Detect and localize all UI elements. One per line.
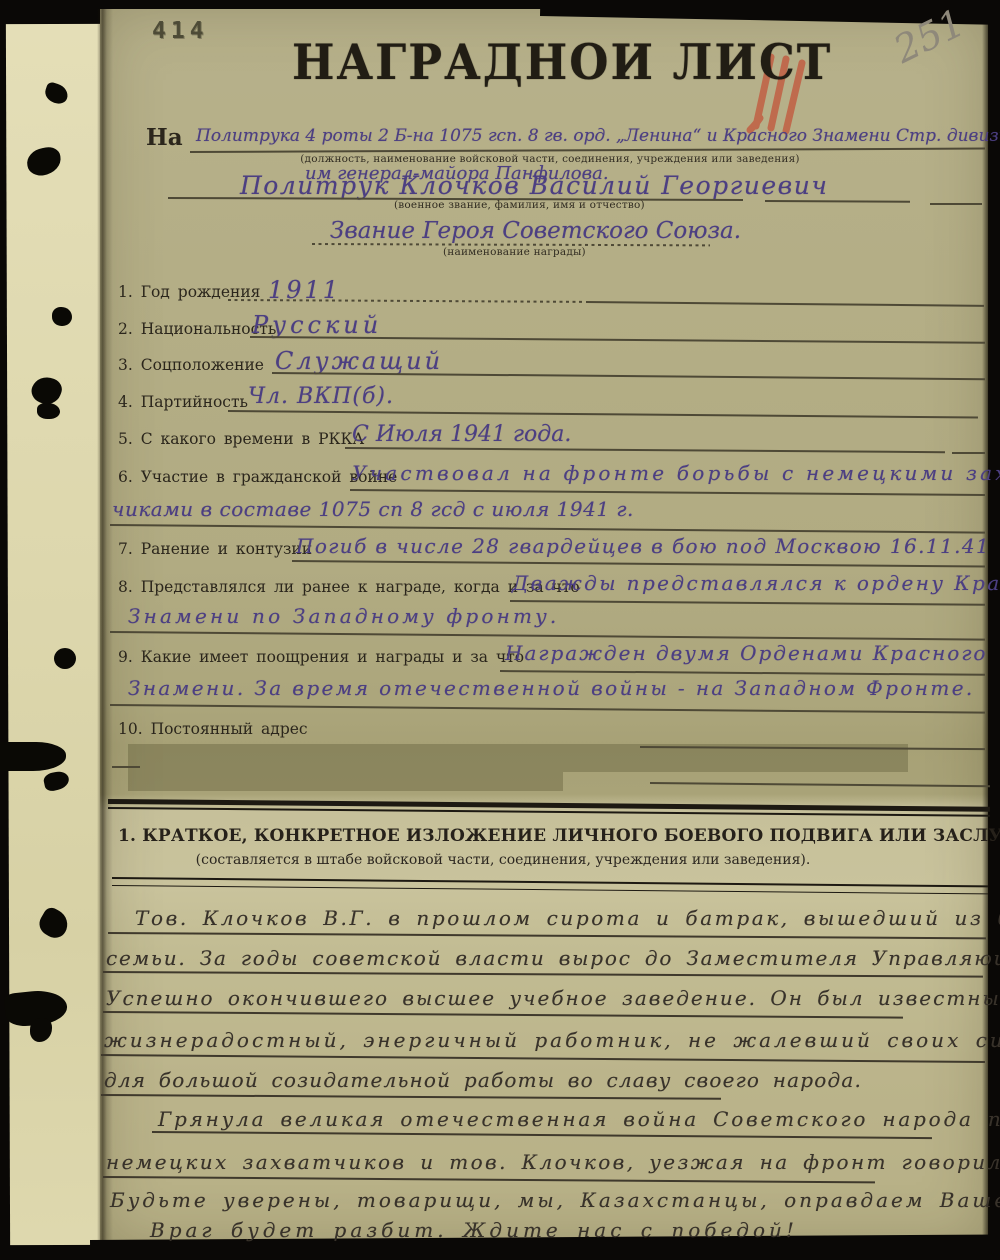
narrative-line: немецких захватчиков и тов. Клочков, уез… <box>106 1150 1000 1174</box>
narrative-line: для большой созидательной работы во слав… <box>104 1068 862 1092</box>
form-title: НАГРАДНОИ ЛИСТ <box>292 34 832 91</box>
narrative-line: жизнерадостный, энергичный работник, не … <box>104 1028 1000 1052</box>
archive-stamp-number: 414 <box>152 18 209 44</box>
narrative-line: Успешно окончившего высшее учебное завед… <box>106 986 1000 1010</box>
scan-shadow-patch <box>128 772 563 791</box>
handwritten-value: Знамени по Западному фронту. <box>128 604 560 628</box>
na-label: На <box>146 124 183 151</box>
scan-edge-bottom <box>0 1247 1000 1260</box>
binding-tape-mark <box>0 742 66 771</box>
form-item-label: 7. Ранение и контузии <box>118 540 312 558</box>
form-item-label: 3. Соцположение <box>118 356 264 374</box>
page-fold-shadow <box>97 8 113 1248</box>
section-subheading: (составляется в штабе войсковой части, с… <box>118 852 888 868</box>
binding-stub <box>6 24 106 1245</box>
handwritten-name: Политрук Клочков Василий Георгиевич <box>240 171 828 200</box>
narrative-line: Грянула великая отечественная война Сове… <box>158 1107 1000 1131</box>
binding-hole <box>52 307 72 326</box>
form-item-label: 4. Партийность <box>118 393 248 411</box>
name-caption: (военное звание, фамилия, имя и отчество… <box>394 199 634 211</box>
handwritten-value: Дважды представлялся к ордену Красного <box>512 571 1000 595</box>
binding-hole <box>37 403 60 419</box>
ruled-line <box>952 452 985 454</box>
ruled-line <box>112 766 140 768</box>
handwritten-value: Погиб в числе 28 гвардейцев в бою под Мо… <box>296 534 990 558</box>
section-heading: 1. КРАТКОЕ, КОНКРЕТНОЕ ИЗЛОЖЕНИЕ ЛИЧНОГО… <box>118 826 888 846</box>
award-caption: (наименование награды) <box>443 246 583 258</box>
handwritten-award: Звание Героя Советского Союза. <box>330 218 741 244</box>
narrative-line: Будьте уверены, товарищи, мы, Казахстанц… <box>110 1188 1000 1212</box>
form-item-label: 9. Какие имеет поощрения и награды и за … <box>118 648 524 666</box>
form-item-label: 8. Представлялся ли ранее к награде, ког… <box>118 578 580 596</box>
handwritten-value: Участвовал на фронте борьбы с немецкими … <box>352 461 1000 485</box>
ruled-line <box>930 203 982 205</box>
binding-hole <box>54 648 76 669</box>
document-scan: 414 251 НАГРАДНОИ ЛИСТ На Политрука 4 ро… <box>0 0 1000 1260</box>
handwritten-unit: Политрука 4 роты 2 Б-на 1075 гсп. 8 гв. … <box>196 126 1000 146</box>
handwritten-value: Чл. ВКП(б). <box>248 384 394 409</box>
handwritten-value: чиками в составе 1075 сп 8 гсд с июля 19… <box>112 497 634 521</box>
handwritten-value: Награжден двумя Орденами Красного <box>505 641 987 665</box>
form-item-label: 10. Постоянный адрес <box>118 720 308 738</box>
handwritten-value: С Июля 1941 года. <box>352 422 571 447</box>
narrative-line: семьи. За годы советской власти вырос до… <box>106 946 1000 970</box>
handwritten-value: Служащий <box>275 347 443 375</box>
handwritten-value: Знамени. За время отечественной войны - … <box>128 676 975 700</box>
narrative-line: Враг будет разбит. Ждите нас с победой! <box>150 1218 798 1242</box>
narrative-line: Тов. Клочков В.Г. в прошлом сирота и бат… <box>135 906 1000 930</box>
form-item-label: 5. С какого времени в РККА <box>118 430 364 448</box>
handwritten-value: Русский <box>252 311 382 339</box>
